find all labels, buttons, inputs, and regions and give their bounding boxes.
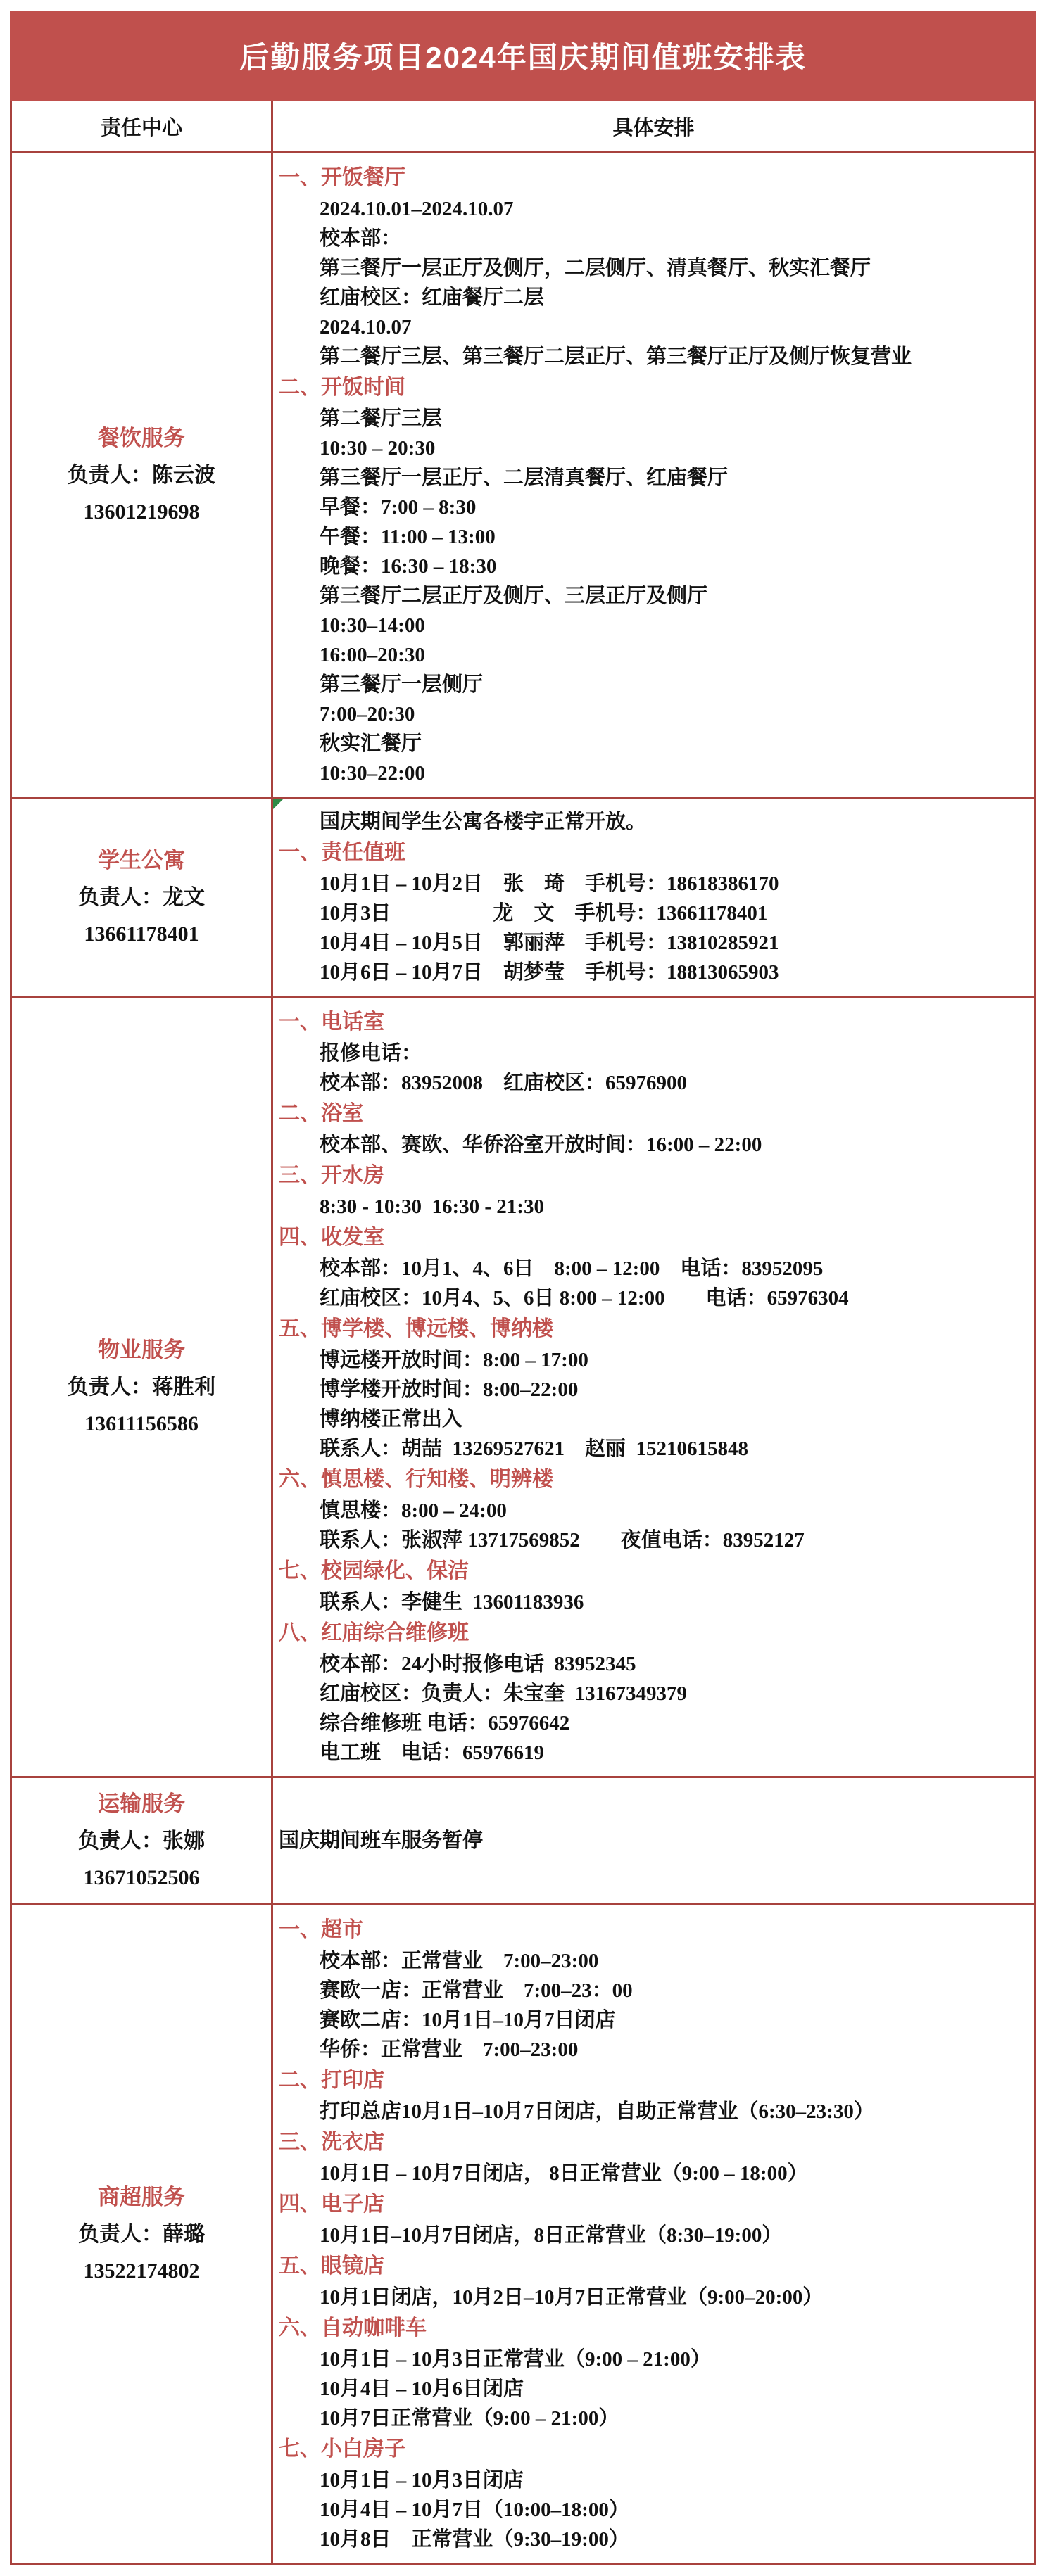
content-line: 10月1日 – 10月7日闭店， 8日正常营业（9:00 – 18:00） bbox=[279, 2159, 1023, 2188]
content-line: 联系人：张淑萍 13717569852 夜值电话：83952127 bbox=[279, 1525, 1023, 1555]
content-line: 晚餐：16:30 – 18:30 bbox=[279, 552, 1023, 581]
cell-note-marker-icon bbox=[273, 799, 284, 809]
content-line: 报修电话： bbox=[279, 1039, 1023, 1068]
service-name: 运输服务 bbox=[98, 1785, 185, 1823]
section-heading: 六、自动咖啡车 bbox=[279, 2312, 1023, 2345]
content-line: 校本部：24小时报修电话 83952345 bbox=[279, 1649, 1023, 1679]
section-heading: 二、开饭时间 bbox=[279, 372, 1023, 404]
section-heading: 五、眼镜店 bbox=[279, 2250, 1023, 2283]
content-line: 国庆期间班车服务暂停 bbox=[279, 1826, 1023, 1855]
responsibility-center-cell: 商超服务负责人：薛璐13522174802 bbox=[12, 1905, 273, 2563]
content-line: 电工班 电话：65976619 bbox=[279, 1738, 1023, 1768]
section-heading: 八、红庙综合维修班 bbox=[279, 1617, 1023, 1649]
arrangement-cell: 国庆期间学生公寓各楼宇正常开放。一、责任值班10月1日 – 10月2日 张 琦 … bbox=[273, 799, 1034, 996]
content-line: 赛欧一店：正常营业 7:00–23：00 bbox=[279, 1976, 1023, 2005]
content-line: 午餐：11:00 – 13:00 bbox=[279, 522, 1023, 552]
section-heading: 一、开饭餐厅 bbox=[279, 162, 1023, 194]
service-name: 餐饮服务 bbox=[98, 419, 185, 457]
content-line: 第二餐厅三层 bbox=[279, 404, 1023, 433]
section-heading: 七、校园绿化、保洁 bbox=[279, 1555, 1023, 1587]
content-line: 10月8日 正常营业（9:30–19:00） bbox=[279, 2525, 1023, 2554]
responsibility-center-cell: 学生公寓负责人：龙文13661178401 bbox=[12, 799, 273, 996]
content-line: 华侨：正常营业 7:00–23:00 bbox=[279, 2035, 1023, 2064]
manager-name: 负责人：薛璐 bbox=[78, 2216, 205, 2253]
content-line: 校本部：10月1、4、6日 8:00 – 12:00 电话：83952095 bbox=[279, 1254, 1023, 1283]
content-line: 10:30–22:00 bbox=[279, 759, 1023, 788]
content-line: 联系人：李健生 13601183936 bbox=[279, 1587, 1023, 1617]
content-line: 校本部：正常营业 7:00–23:00 bbox=[279, 1946, 1023, 1976]
content-line: 博学楼开放时间：8:00–22:00 bbox=[279, 1375, 1023, 1404]
responsibility-center-cell: 物业服务负责人：蒋胜利13611156586 bbox=[12, 998, 273, 1776]
section-heading: 三、开水房 bbox=[279, 1160, 1023, 1192]
header-specific-arrangement: 具体安排 bbox=[273, 101, 1034, 151]
manager-name: 负责人：陈云波 bbox=[68, 457, 215, 494]
arrangement-cell: 国庆期间班车服务暂停 bbox=[273, 1778, 1034, 1903]
manager-phone: 13661178401 bbox=[84, 916, 199, 953]
content-line: 2024.10.07 bbox=[279, 312, 1023, 342]
content-line: 7:00–20:30 bbox=[279, 699, 1023, 729]
table-row: 运输服务负责人：张娜13671052506国庆期间班车服务暂停 bbox=[12, 1776, 1034, 1903]
section-heading: 七、小白房子 bbox=[279, 2433, 1023, 2466]
content-line: 校本部： bbox=[279, 224, 1023, 253]
responsibility-center-cell: 餐饮服务负责人：陈云波13601219698 bbox=[12, 153, 273, 797]
page-title: 后勤服务项目2024年国庆期间值班安排表 bbox=[239, 34, 806, 77]
responsibility-center-cell: 运输服务负责人：张娜13671052506 bbox=[12, 1778, 273, 1903]
manager-phone: 13671052506 bbox=[84, 1860, 200, 1896]
content-line: 第二餐厅三层、第三餐厅二层正厅、第三餐厅正厅及侧厅恢复营业 bbox=[279, 342, 1023, 372]
header-responsibility-center: 责任中心 bbox=[12, 101, 273, 151]
section-heading: 一、超市 bbox=[279, 1914, 1023, 1946]
manager-name: 负责人：龙文 bbox=[78, 880, 205, 916]
content-line: 红庙校区：红庙餐厅二层 bbox=[279, 283, 1023, 312]
content-line: 10月1日闭店，10月2日–10月7日正常营业（9:00–20:00） bbox=[279, 2283, 1023, 2312]
content-line: 10月6日 – 10月7日 胡梦莹 手机号：18813065903 bbox=[279, 958, 1023, 987]
content-line: 10月3日 龙 文 手机号：13661178401 bbox=[279, 899, 1023, 928]
manager-name: 负责人：张娜 bbox=[78, 1823, 205, 1860]
manager-phone: 13611156586 bbox=[84, 1406, 199, 1442]
content-line: 打印总店10月1日–10月7日闭店，自助正常营业（6:30–23:30） bbox=[279, 2097, 1023, 2126]
content-line: 综合维修班 电话：65976642 bbox=[279, 1708, 1023, 1738]
content-line: 第三餐厅二层正厅及侧厅、三层正厅及侧厅 bbox=[279, 581, 1023, 611]
content-line: 博纳楼正常出入 bbox=[279, 1404, 1023, 1434]
content-line: 秋实汇餐厅 bbox=[279, 729, 1023, 759]
content-line: 红庙校区：负责人：朱宝奎 13167349379 bbox=[279, 1679, 1023, 1708]
content-line: 10月1日 – 10月3日闭店 bbox=[279, 2466, 1023, 2495]
content-line: 校本部、赛欧、华侨浴室开放时间：16:00 – 22:00 bbox=[279, 1130, 1023, 1160]
content-line: 联系人：胡喆 13269527621 赵丽 15210615848 bbox=[279, 1434, 1023, 1464]
content-line: 博远楼开放时间：8:00 – 17:00 bbox=[279, 1345, 1023, 1375]
arrangement-cell: 一、电话室报修电话：校本部：83952008 红庙校区：65976900二、浴室… bbox=[273, 998, 1034, 1776]
schedule-table: 责任中心 具体安排 餐饮服务负责人：陈云波13601219698一、开饭餐厅20… bbox=[10, 101, 1036, 2565]
content-line: 10月1日–10月7日闭店，8日正常营业（8:30–19:00） bbox=[279, 2221, 1023, 2250]
section-heading: 二、浴室 bbox=[279, 1098, 1023, 1130]
content-line: 10:30 – 20:30 bbox=[279, 433, 1023, 463]
content-line: 10:30–14:00 bbox=[279, 611, 1023, 640]
section-heading: 六、慎思楼、行知楼、明辨楼 bbox=[279, 1464, 1023, 1496]
section-heading: 一、责任值班 bbox=[279, 837, 1023, 869]
table-body: 餐饮服务负责人：陈云波13601219698一、开饭餐厅2024.10.01–2… bbox=[12, 153, 1034, 2563]
content-line: 第三餐厅一层正厅及侧厅，二层侧厅、清真餐厅、秋实汇餐厅 bbox=[279, 253, 1023, 283]
table-row: 餐饮服务负责人：陈云波13601219698一、开饭餐厅2024.10.01–2… bbox=[12, 153, 1034, 797]
service-name: 商超服务 bbox=[98, 2178, 185, 2216]
manager-phone: 13601219698 bbox=[84, 494, 200, 531]
content-line: 10月4日 – 10月5日 郭丽萍 手机号：13810285921 bbox=[279, 928, 1023, 958]
section-heading: 一、电话室 bbox=[279, 1006, 1023, 1039]
section-heading: 五、博学楼、博远楼、博纳楼 bbox=[279, 1313, 1023, 1345]
content-line: 国庆期间学生公寓各楼宇正常开放。 bbox=[279, 807, 1023, 837]
content-line: 校本部：83952008 红庙校区：65976900 bbox=[279, 1068, 1023, 1098]
content-line: 赛欧二店：10月1日–10月7日闭店 bbox=[279, 2005, 1023, 2035]
section-heading: 二、打印店 bbox=[279, 2064, 1023, 2097]
content-line: 红庙校区：10月4、5、6日 8:00 – 12:00 电话：65976304 bbox=[279, 1283, 1023, 1313]
service-name: 学生公寓 bbox=[98, 842, 185, 880]
content-line: 10月1日 – 10月2日 张 琦 手机号：18618386170 bbox=[279, 869, 1023, 899]
content-line: 慎思楼：8:00 – 24:00 bbox=[279, 1496, 1023, 1525]
manager-name: 负责人：蒋胜利 bbox=[68, 1369, 215, 1406]
section-heading: 四、电子店 bbox=[279, 2188, 1023, 2221]
content-line: 第三餐厅一层正厅、二层清真餐厅、红庙餐厅 bbox=[279, 463, 1023, 493]
arrangement-cell: 一、开饭餐厅2024.10.01–2024.10.07校本部：第三餐厅一层正厅及… bbox=[273, 153, 1034, 797]
manager-phone: 13522174802 bbox=[84, 2253, 200, 2290]
section-heading: 三、洗衣店 bbox=[279, 2126, 1023, 2159]
service-name: 物业服务 bbox=[98, 1331, 185, 1369]
arrangement-cell: 一、超市校本部：正常营业 7:00–23:00赛欧一店：正常营业 7:00–23… bbox=[273, 1905, 1034, 2563]
section-heading: 四、收发室 bbox=[279, 1222, 1023, 1254]
content-line: 2024.10.01–2024.10.07 bbox=[279, 194, 1023, 224]
content-line: 10月7日正常营业（9:00 – 21:00） bbox=[279, 2404, 1023, 2433]
content-line: 10月1日 – 10月3日正常营业（9:00 – 21:00） bbox=[279, 2345, 1023, 2374]
table-row: 物业服务负责人：蒋胜利13611156586一、电话室报修电话：校本部：8395… bbox=[12, 996, 1034, 1776]
content-line: 10月4日 – 10月7日（10:00–18:00） bbox=[279, 2495, 1023, 2525]
content-line: 第三餐厅一层侧厅 bbox=[279, 670, 1023, 699]
content-line: 16:00–20:30 bbox=[279, 640, 1023, 670]
table-row: 商超服务负责人：薛璐13522174802一、超市校本部：正常营业 7:00–2… bbox=[12, 1903, 1034, 2563]
table-header-row: 责任中心 具体安排 bbox=[12, 101, 1034, 153]
content-line: 早餐：7:00 – 8:30 bbox=[279, 493, 1023, 522]
table-row: 学生公寓负责人：龙文13661178401国庆期间学生公寓各楼宇正常开放。一、责… bbox=[12, 797, 1034, 996]
title-banner: 后勤服务项目2024年国庆期间值班安排表 bbox=[10, 11, 1036, 101]
page: 后勤服务项目2024年国庆期间值班安排表 责任中心 具体安排 餐饮服务负责人：陈… bbox=[0, 0, 1046, 2576]
content-line: 8:30 - 10:30 16:30 - 21:30 bbox=[279, 1192, 1023, 1222]
content-line: 10月4日 – 10月6日闭店 bbox=[279, 2374, 1023, 2404]
